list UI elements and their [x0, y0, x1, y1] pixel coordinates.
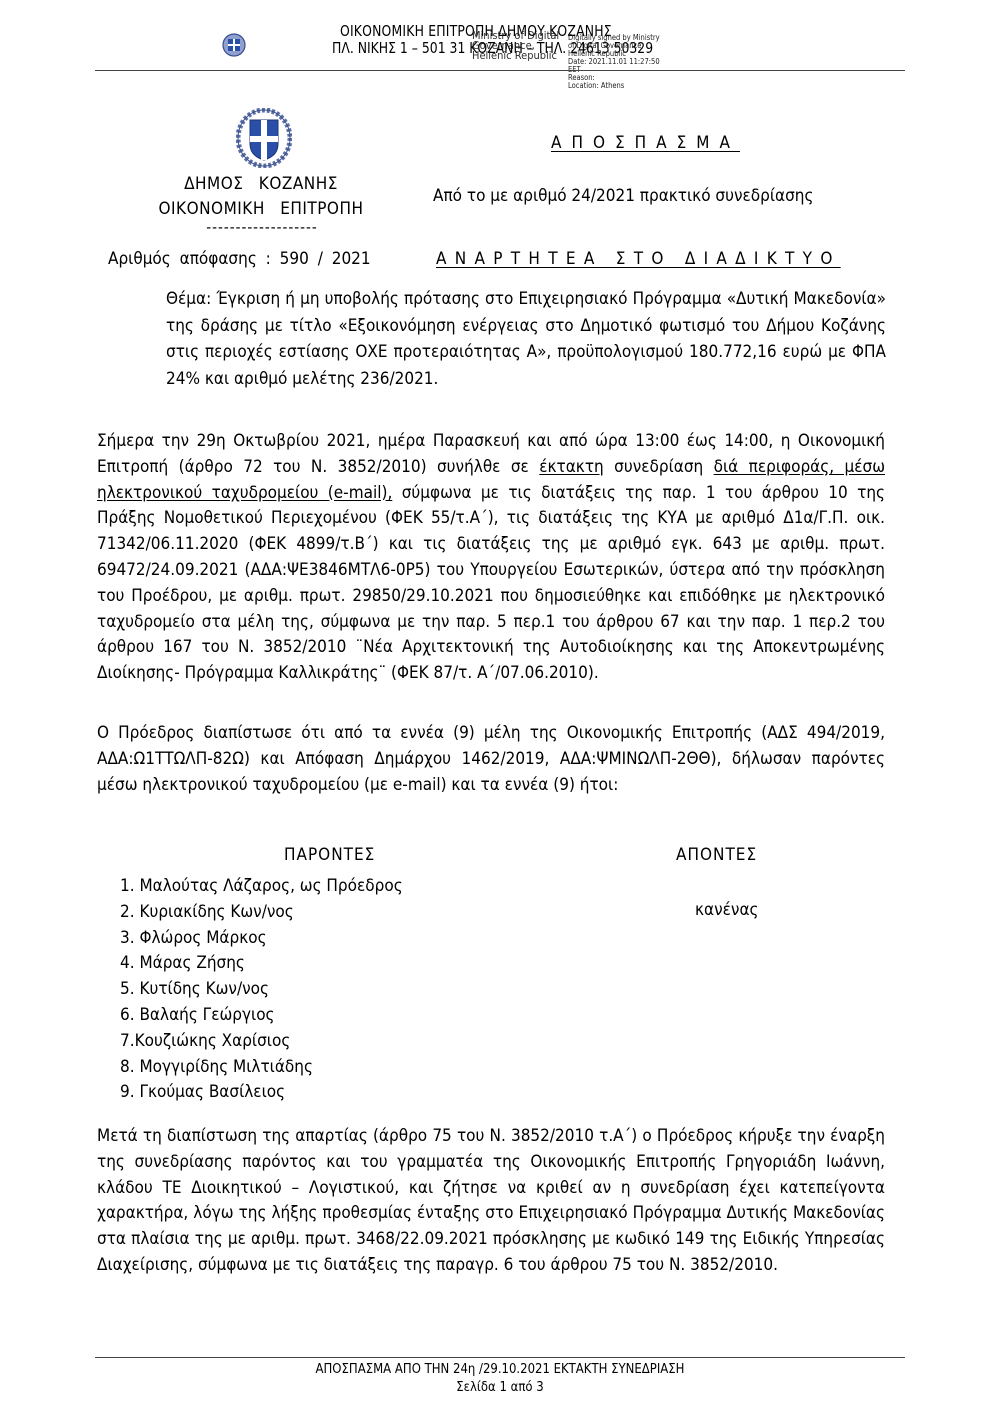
decision-number: Αριθμός απόφασης : 590 / 2021 — [108, 249, 371, 269]
list-item: 8. Μογγιρίδης Μιλτιάδης — [120, 1055, 403, 1081]
paragraph-text: σύμφωνα με τις διατάξεις της παρ. 1 του … — [97, 483, 885, 684]
absent-header: ΑΠΟΝΤΕΣ — [676, 845, 757, 865]
publish-notice: ΑΝΑΡΤΗΤΕΑ ΣΤΟ ΔΙΑΔΙΚΤΥΟ — [436, 249, 841, 269]
list-item: 4. Μάρας Ζήσης — [120, 951, 403, 977]
footer-divider — [95, 1357, 905, 1358]
paragraph-urgency: Μετά τη διαπίστωση της απαρτίας (άρθρο 7… — [97, 1124, 885, 1279]
present-header: ΠΑΡΟΝΤΕΣ — [284, 845, 375, 865]
digital-signature-details: Digitally signed by Ministry of Digital … — [568, 34, 660, 90]
list-item: 7.Κουζιώκης Χαρίσιος — [120, 1029, 403, 1055]
footer-title: ΑΠΟΣΠΑΣΜΑ ΑΠΟ ΤΗΝ 24η /29.10.2021 ΕΚΤΑΚΤ… — [0, 1362, 1000, 1377]
issuer-separator: ------------------- — [132, 218, 392, 236]
document-type-title: ΑΠΟΣΠΑΣΜΑ — [551, 133, 740, 153]
paragraph-meeting-details: Σήμερα την 29η Οκτωβρίου 2021, ημέρα Παρ… — [97, 429, 885, 687]
list-item: 6. Βαλαής Γεώργιος — [120, 1003, 403, 1029]
absent-members: κανένας — [695, 900, 759, 920]
page-number: Σελίδα 1 από 3 — [0, 1380, 1000, 1395]
list-item: 9. Γκούμας Βασίλειος — [120, 1080, 403, 1106]
header-emblem-icon — [222, 33, 246, 57]
subject-text: Θέμα: Έγκριση ή μη υποβολής πρότασης στο… — [166, 286, 886, 392]
coat-of-arms-icon — [236, 108, 292, 168]
list-item: 5. Κυτίδης Κων/νος — [120, 977, 403, 1003]
list-item: 3. Φλώρος Μάρκος — [120, 926, 403, 952]
present-members-list: 1. Μαλούτας Λάζαρος, ως Πρόεδρος 2. Κυρι… — [120, 874, 403, 1106]
issuer-block: ΔΗΜΟΣ ΚΟΖΑΝΗΣ ΟΙΚΟΝΟΜΙΚΗ ΕΠΙΤΡΟΠΗ — [130, 172, 392, 222]
digital-signature-signer: Ministry of Digital Governance, Hellenic… — [472, 31, 559, 61]
paragraph-text: συνεδρίαση — [604, 457, 714, 477]
issuer-municipality: ΔΗΜΟΣ ΚΟΖΑΝΗΣ — [130, 172, 392, 197]
minutes-reference: Από το με αριθμό 24/2021 πρακτικό συνεδρ… — [433, 186, 813, 206]
header-divider — [95, 70, 905, 71]
list-item: 2. Κυριακίδης Κων/νος — [120, 900, 403, 926]
meeting-type-emphasis: έκτακτη — [539, 457, 604, 477]
list-item: 1. Μαλούτας Λάζαρος, ως Πρόεδρος — [120, 874, 403, 900]
paragraph-quorum: Ο Πρόεδρος διαπίστωσε ότι από τα εννέα (… — [97, 721, 885, 798]
